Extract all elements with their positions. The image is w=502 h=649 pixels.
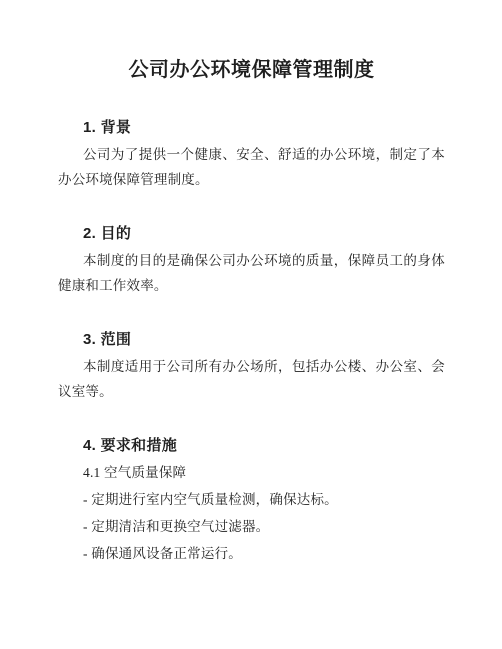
section-heading: 1. 背景 xyxy=(83,118,445,138)
document-title: 公司办公环境保障管理制度 xyxy=(58,56,445,84)
document-page: 公司办公环境保障管理制度 1. 背景 公司为了提供一个健康、安全、舒适的办公环境… xyxy=(0,0,502,649)
section-background: 1. 背景 公司为了提供一个健康、安全、舒适的办公环境，制定了本办公环境保障管理… xyxy=(58,118,445,192)
paragraph: 本制度适用于公司所有办公场所，包括办公楼、办公室、会议室等。 xyxy=(58,354,445,404)
section-heading: 2. 目的 xyxy=(83,224,445,244)
paragraph: 本制度的目的是确保公司办公环境的质量，保障员工的身体健康和工作效率。 xyxy=(58,248,445,298)
paragraph: 公司为了提供一个健康、安全、舒适的办公环境，制定了本办公环境保障管理制度。 xyxy=(58,142,445,192)
section-purpose: 2. 目的 本制度的目的是确保公司办公环境的质量，保障员工的身体健康和工作效率。 xyxy=(58,224,445,298)
bullet-item: - 确保通风设备正常运行。 xyxy=(83,540,445,567)
section-requirements: 4. 要求和措施 4.1 空气质量保障 - 定期进行室内空气质量检测，确保达标。… xyxy=(58,436,445,567)
section-heading: 3. 范围 xyxy=(83,330,445,350)
bullet-item: - 定期进行室内空气质量检测，确保达标。 xyxy=(83,486,445,513)
subsection-heading: 4.1 空气质量保障 xyxy=(83,459,445,486)
section-heading: 4. 要求和措施 xyxy=(83,436,445,456)
bullet-item: - 定期清洁和更换空气过滤器。 xyxy=(83,513,445,540)
section-scope: 3. 范围 本制度适用于公司所有办公场所，包括办公楼、办公室、会议室等。 xyxy=(58,330,445,404)
